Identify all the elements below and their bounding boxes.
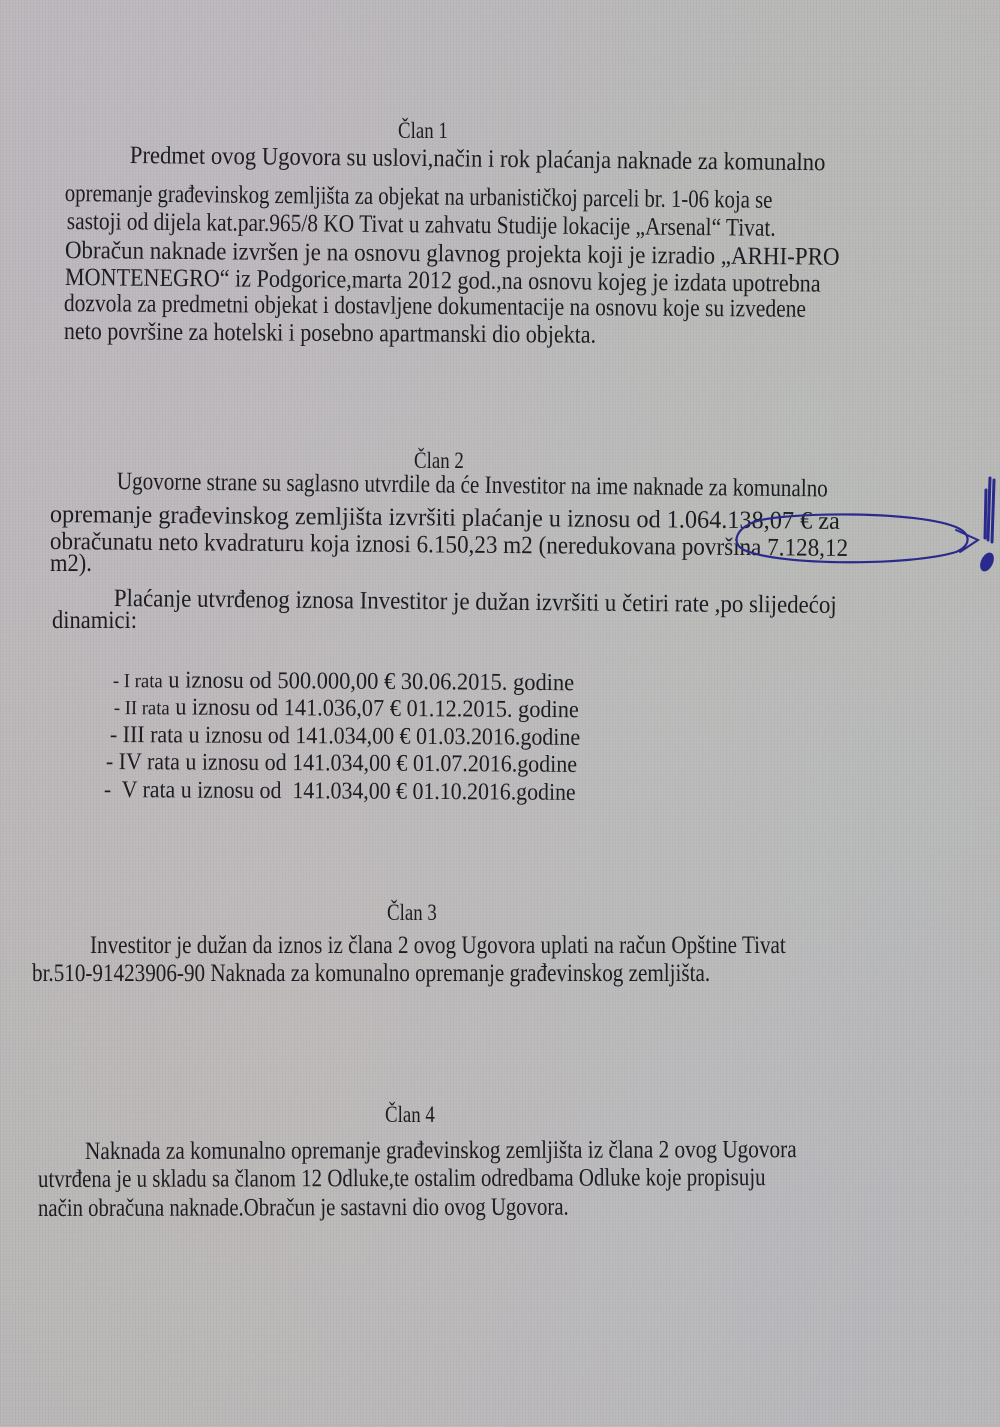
article-1-heading: Član 1 <box>398 118 448 144</box>
article-3-heading: Član 3 <box>387 900 437 926</box>
payment-intro-line: dinamici: <box>52 607 137 635</box>
article-4-line: način obračuna naknade.Obračun je sastav… <box>38 1194 569 1223</box>
article-3-line: Investitor je dužan da iznos iz člana 2 … <box>90 932 786 960</box>
payment-intro-line: Plaćanje utvrđenog iznosa Investitor je … <box>114 585 837 620</box>
article-2-line: m2). <box>50 550 92 578</box>
installment-item: - V rata u iznosu od 141.034,00 € 01.10.… <box>104 777 576 807</box>
article-3-line: br.510-91423906-90 Naknada za komunalno … <box>32 960 710 988</box>
installment-date: 01.12.2015. godine <box>406 696 579 723</box>
article-4-line: utvrđena je u skladu sa članom 12 Odluke… <box>38 1164 766 1194</box>
installment-amount: u iznosu od 141.036,07 € <box>175 694 401 722</box>
installment-item: - I rata u iznosu od 500.000,00 € 30.06.… <box>113 667 574 697</box>
installment-item: - II rata u iznosu od 141.036,07 € 01.12… <box>114 694 579 724</box>
installment-date: 30.06.2015. godine <box>401 669 574 696</box>
installment-label: - III rata <box>110 722 183 748</box>
installment-date: 01.10.2016.godine <box>412 779 575 806</box>
installment-amount: u iznosu od 141.034,00 € <box>181 777 407 804</box>
installment-label: - IV rata <box>106 749 180 775</box>
installment-amount: u iznosu od 141.034,00 € <box>185 749 407 776</box>
installment-date: 01.07.2016.godine <box>413 751 577 778</box>
pen-exclamation-mark-icon <box>970 470 1000 590</box>
article-1-line: neto površine za hotelski i posebno apar… <box>64 318 596 350</box>
installment-item: - III rata u iznosu od 141.034,00 € 01.0… <box>110 722 580 752</box>
installment-label: - V rata <box>104 777 176 803</box>
article-4-line: Naknada za komunalno opremanje građevins… <box>85 1136 797 1166</box>
article-1-line: Predmet ovog Ugovora su uslovi,način i r… <box>130 142 826 177</box>
article-2-line: Ugovorne strane su saglasno utvrdile da … <box>117 468 828 503</box>
installment-label: - II rata <box>114 697 170 719</box>
installment-date: 01.03.2016.godine <box>416 724 580 751</box>
installment-item: - IV rata u iznosu od 141.034,00 € 01.07… <box>106 749 577 779</box>
article-2-heading: Član 2 <box>414 448 464 474</box>
article-2-line: obračunatu neto kvadraturu koja iznosi 6… <box>50 528 848 563</box>
scanned-document-page: Član 1 Predmet ovog Ugovora su uslovi,na… <box>0 0 1000 1427</box>
installment-amount: u iznosu od 500.000,00 € <box>168 667 395 695</box>
installment-label: - I rata <box>113 670 163 692</box>
article-4-heading: Član 4 <box>385 1102 435 1128</box>
installment-amount: u iznosu od 141.034,00 € <box>188 722 410 749</box>
